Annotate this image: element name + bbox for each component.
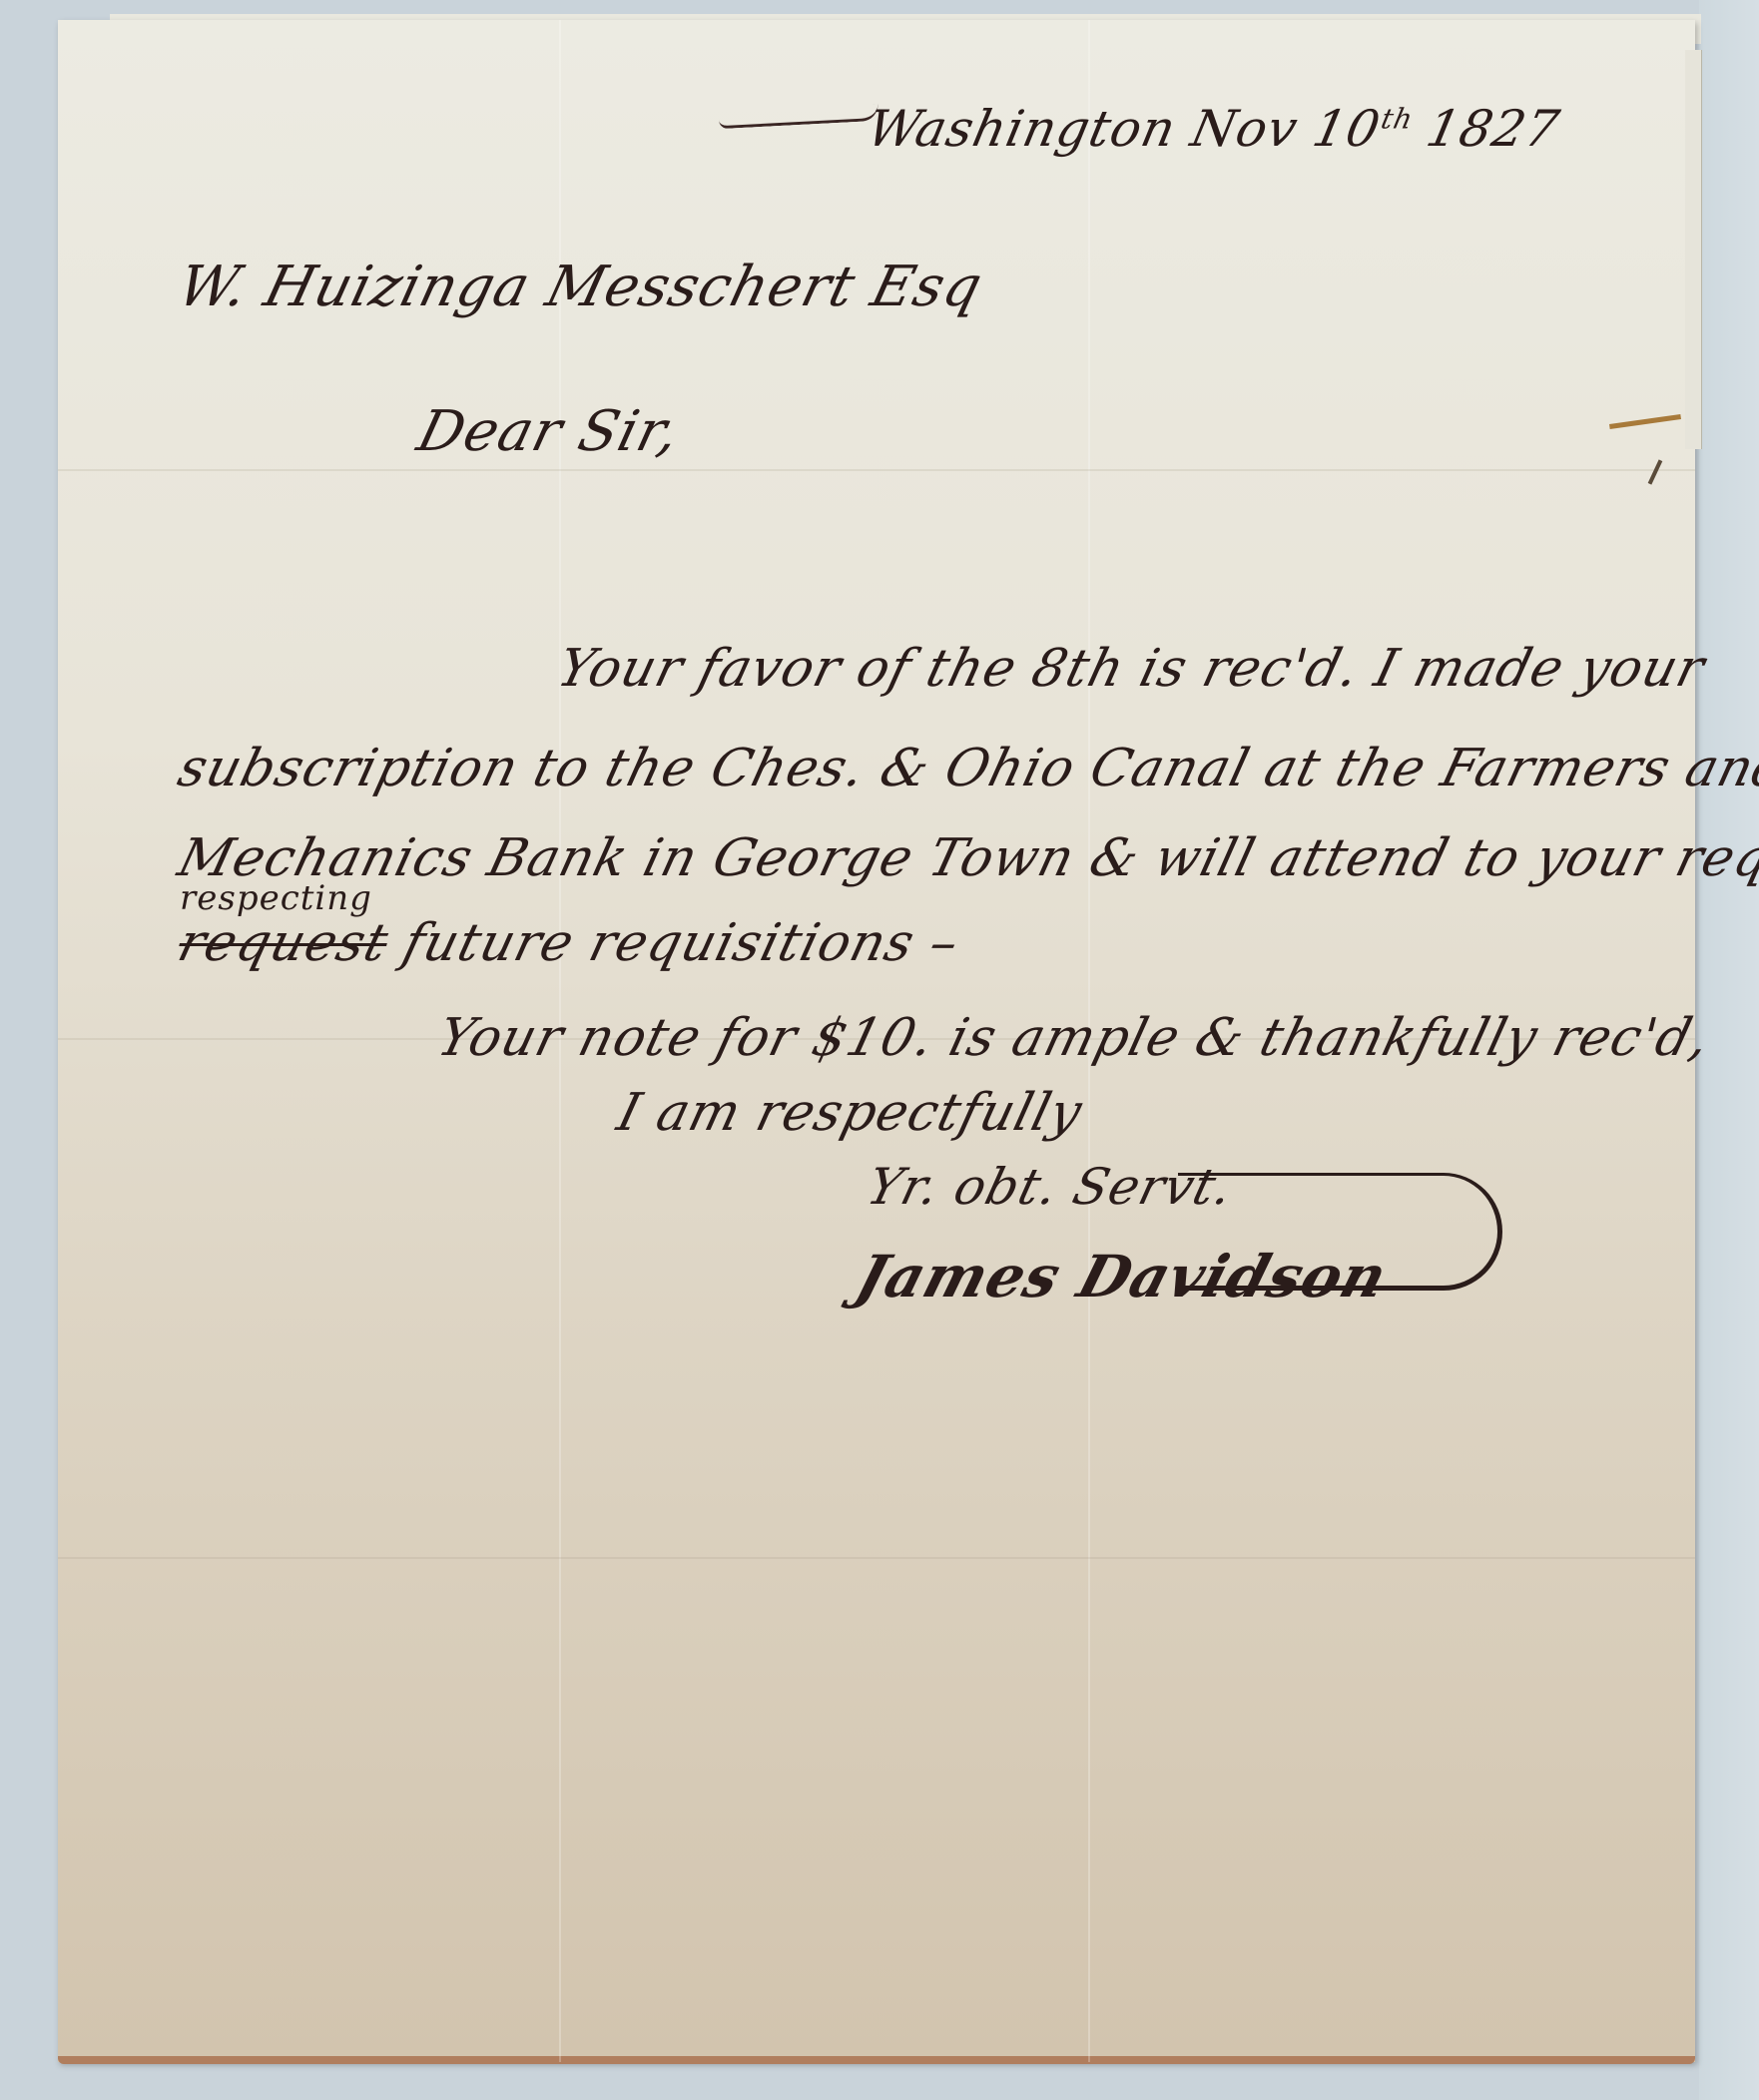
date-place: Washington (863, 100, 1182, 158)
date-year: 1827 (1422, 100, 1565, 158)
dateline: Washington Nov 10th 1827 (863, 100, 1565, 158)
body-line-4: request future requisitions – (173, 913, 965, 973)
closing: I am respectfully (612, 1083, 1089, 1143)
sheet-bottom-edge (58, 2056, 1695, 2064)
date-month: Nov (1186, 100, 1303, 158)
body-line-2: subscription to the Ches. & Ohio Canal a… (173, 739, 1759, 798)
body-line-4-text: future requisitions – (397, 913, 965, 973)
date-day-suffix: th (1379, 102, 1417, 135)
struck-word: request (173, 913, 395, 973)
addressee: W. Huizinga Messchert Esq (172, 255, 989, 319)
fold-line-horizontal (58, 1557, 1695, 1559)
date-day: 10 (1308, 100, 1386, 158)
inserted-word: respecting (180, 878, 372, 918)
body-line-1: Your favor of the 8th is rec'd. I made y… (552, 639, 1711, 699)
background (1699, 0, 1759, 2100)
body-line-3: Mechanics Bank in George Town & will att… (173, 828, 1759, 888)
fold-line-horizontal (58, 469, 1695, 471)
body-line-5: Your note for $10. is ample & thankfully… (432, 1008, 1717, 1068)
salutation: Dear Sir, (411, 399, 687, 464)
torn-right-flap (1685, 50, 1702, 449)
signature: James Davidson (849, 1243, 1395, 1311)
